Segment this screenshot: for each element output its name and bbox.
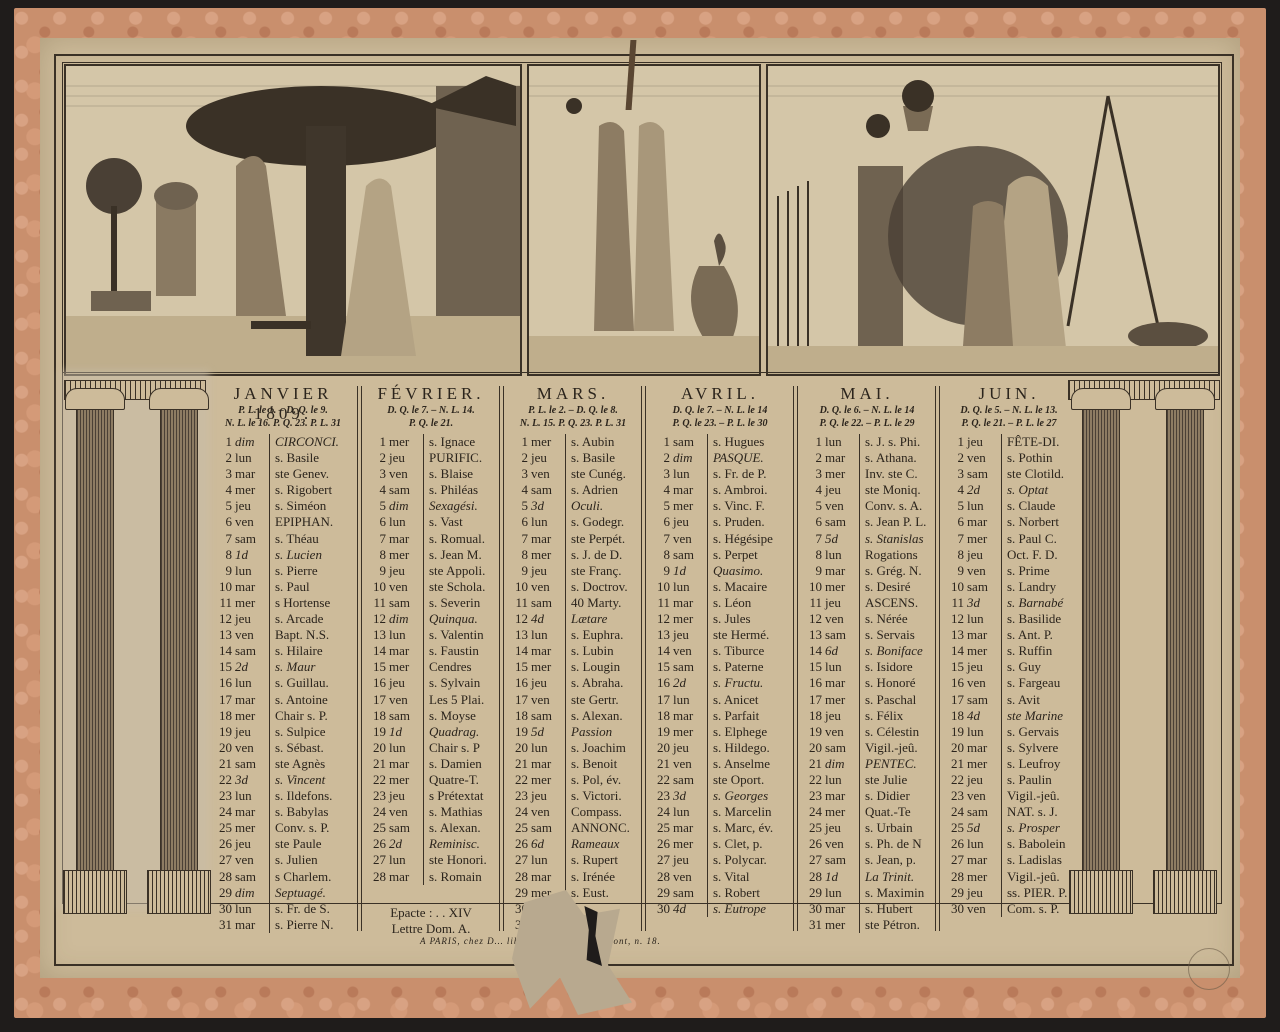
weekday: sam bbox=[825, 852, 859, 868]
day-number: 3 bbox=[504, 466, 531, 482]
day-number: 18 bbox=[362, 708, 389, 724]
saint-name: Septuagé. bbox=[269, 885, 326, 901]
day-row: 16jeus. Abraha. bbox=[504, 675, 642, 691]
weekday: sam bbox=[673, 659, 707, 675]
day-row: 233ds. Georges bbox=[646, 788, 794, 804]
saint-name: s. Pothin bbox=[1001, 450, 1053, 466]
saint-name: s. Ant. P. bbox=[1001, 627, 1053, 643]
weekday: lun bbox=[967, 498, 1001, 514]
day-number: 26 bbox=[208, 836, 235, 852]
saint-name: ste Clotild. bbox=[1001, 466, 1064, 482]
day-row: 12jeus. Arcade bbox=[208, 611, 358, 627]
month-name: JANVIER 1809. bbox=[208, 384, 358, 404]
day-number: 27 bbox=[940, 852, 967, 868]
day-number: 28 bbox=[798, 869, 825, 885]
weekday: jeu bbox=[673, 740, 707, 756]
saint-name: s. Romual. bbox=[423, 531, 485, 547]
day-number: 9 bbox=[504, 563, 531, 579]
weekday: mer bbox=[389, 547, 423, 563]
weekday: sam bbox=[825, 627, 859, 643]
day-row: 10mers. Desiré bbox=[798, 579, 936, 595]
day-row: 42ds. Optat bbox=[940, 482, 1078, 498]
day-number: 25 bbox=[362, 820, 389, 836]
saint-name: PENTEC. bbox=[859, 756, 917, 772]
saint-name: s. Vast bbox=[423, 514, 463, 530]
weekday: ven bbox=[825, 836, 859, 852]
day-row: 30venCom. s. P. bbox=[940, 901, 1078, 917]
moon-phase-line: N. L. 15. P. Q. 23. P. L. 31 bbox=[504, 417, 642, 430]
day-number: 24 bbox=[208, 804, 235, 820]
day-row: 1sams. Hugues bbox=[646, 434, 794, 450]
day-row: 4mers. Rigobert bbox=[208, 482, 358, 498]
weekday: sam bbox=[673, 434, 707, 450]
saint-name: s. Ambroi. bbox=[707, 482, 768, 498]
weekday: lun bbox=[967, 611, 1001, 627]
day-row: 24venCompass. bbox=[504, 804, 642, 820]
weekday: jeu bbox=[967, 659, 1001, 675]
day-number: 9 bbox=[362, 563, 389, 579]
weekday: sam bbox=[531, 595, 565, 611]
saint-name: s. Ph. de N bbox=[859, 836, 922, 852]
saint-name: Cendres bbox=[423, 659, 472, 675]
weekday: mar bbox=[389, 869, 423, 885]
weekday: ven bbox=[531, 579, 565, 595]
day-row: 9mars. Grég. N. bbox=[798, 563, 936, 579]
day-row: 9jeuste Appoli. bbox=[362, 563, 500, 579]
saint-name: s. Maximin bbox=[859, 885, 924, 901]
saint-name: Rogations bbox=[859, 547, 918, 563]
day-row: 266dRameaux bbox=[504, 836, 642, 852]
saint-name: ste Genev. bbox=[269, 466, 329, 482]
saint-name: s. Ladislas bbox=[1001, 852, 1062, 868]
day-row: 18jeus. Félix bbox=[798, 708, 936, 724]
day-number: 29 bbox=[798, 885, 825, 901]
saint-name: s. Elphege bbox=[707, 724, 767, 740]
day-row: 20jeus. Hildego. bbox=[646, 740, 794, 756]
saint-name: ste Paule bbox=[269, 836, 322, 852]
day-number: 21 bbox=[940, 756, 967, 772]
weekday: sam bbox=[235, 643, 269, 659]
month-name: MARS. bbox=[504, 384, 642, 404]
day-row: 21vens. Anselme bbox=[646, 756, 794, 772]
weekday: dim bbox=[673, 450, 707, 466]
day-number: 26 bbox=[798, 836, 825, 852]
day-row: 15merCendres bbox=[362, 659, 500, 675]
day-number: 15 bbox=[940, 659, 967, 675]
saint-name: s. Clet, p. bbox=[707, 836, 762, 852]
day-number: 28 bbox=[940, 869, 967, 885]
moon-phase-line: N. L. le 16. P. Q. 23. P. L. 31 bbox=[208, 417, 358, 430]
weekday: ven bbox=[967, 675, 1001, 691]
day-number: 15 bbox=[504, 659, 531, 675]
weekday: mar bbox=[825, 450, 859, 466]
day-number: 30 bbox=[940, 901, 967, 917]
illustration-dancing-figures bbox=[527, 64, 761, 376]
weekday: sam bbox=[825, 514, 859, 530]
weekday: 1d bbox=[235, 547, 269, 563]
day-number: 2 bbox=[646, 450, 673, 466]
weekday: dim bbox=[235, 885, 269, 901]
day-row: 27sams. Jean, p. bbox=[798, 852, 936, 868]
weekday: dim bbox=[389, 611, 423, 627]
day-number: 20 bbox=[208, 740, 235, 756]
saint-name: s. Guillau. bbox=[269, 675, 329, 691]
day-row: 26jeuste Paule bbox=[208, 836, 358, 852]
saint-name: s. Pruden. bbox=[707, 514, 765, 530]
day-row: 15jeus. Guy bbox=[940, 659, 1078, 675]
day-number: 22 bbox=[208, 772, 235, 788]
day-row: 262dReminisc. bbox=[362, 836, 500, 852]
saint-name: s Charlem. bbox=[269, 869, 331, 885]
moon-phase-line: P. Q. le 23. – P. L. le 30 bbox=[646, 417, 794, 430]
saint-name: s. Pierre bbox=[269, 563, 318, 579]
day-row: 14vens. Tiburce bbox=[646, 643, 794, 659]
weekday: mer bbox=[825, 466, 859, 482]
moon-phase-line: P. Q. le 22. – P. L. le 29 bbox=[798, 417, 936, 430]
weekday: ven bbox=[531, 804, 565, 820]
day-number: 14 bbox=[208, 643, 235, 659]
day-row: 28sams Charlem. bbox=[208, 869, 358, 885]
moon-phase-line: D. Q. le 5. – N. L. le 13. bbox=[940, 404, 1078, 417]
saint-name: EPIPHAN. bbox=[269, 514, 333, 530]
weekday: lun bbox=[825, 659, 859, 675]
day-number: 5 bbox=[362, 498, 389, 514]
day-row: 10mars. Paul bbox=[208, 579, 358, 595]
day-number: 8 bbox=[362, 547, 389, 563]
day-number: 11 bbox=[940, 595, 967, 611]
day-row: 9jeuste Franç. bbox=[504, 563, 642, 579]
weekday: 6d bbox=[531, 836, 565, 852]
day-number: 9 bbox=[940, 563, 967, 579]
day-number: 3 bbox=[798, 466, 825, 482]
saint-name: s. Landry bbox=[1001, 579, 1056, 595]
day-number: 18 bbox=[208, 708, 235, 724]
day-row: 113ds. Barnabé bbox=[940, 595, 1078, 611]
day-row: 15luns. Isidore bbox=[798, 659, 936, 675]
saint-name: ste Agnès bbox=[269, 756, 325, 772]
saint-name: s. Hugues bbox=[707, 434, 764, 450]
saint-name: s. Doctrov. bbox=[565, 579, 628, 595]
lettre-dominicale: Lettre Dom. A. bbox=[362, 921, 500, 937]
weekday: 1d bbox=[389, 724, 423, 740]
day-row: 28merVigil.-jeû. bbox=[940, 869, 1078, 885]
weekday: sam bbox=[389, 820, 423, 836]
day-row: 13jeuste Hermé. bbox=[646, 627, 794, 643]
day-number: 10 bbox=[646, 579, 673, 595]
day-number: 23 bbox=[208, 788, 235, 804]
day-row: 18sams. Moyse bbox=[362, 708, 500, 724]
weekday: jeu bbox=[673, 852, 707, 868]
saint-name: s. Prosper bbox=[1001, 820, 1060, 836]
saint-name: s. Paterne bbox=[707, 659, 764, 675]
weekday: lun bbox=[673, 466, 707, 482]
saint-name: s. Servais bbox=[859, 627, 915, 643]
day-row: 21mars. Damien bbox=[362, 756, 500, 772]
day-number: 29 bbox=[646, 885, 673, 901]
weekday: lun bbox=[825, 772, 859, 788]
weekday: mar bbox=[825, 563, 859, 579]
day-row: 5venConv. s. A. bbox=[798, 498, 936, 514]
saint-name: s. Félix bbox=[859, 708, 903, 724]
day-number: 11 bbox=[504, 595, 531, 611]
day-list: 1mers. Aubin2jeus. Basile3venste Cunég.4… bbox=[504, 434, 642, 933]
day-row: 16mars. Honoré bbox=[798, 675, 936, 691]
day-number: 22 bbox=[362, 772, 389, 788]
weekday: dim bbox=[825, 756, 859, 772]
saint-name: s. Rigobert bbox=[269, 482, 332, 498]
weekday: sam bbox=[235, 531, 269, 547]
saint-name: Chair s. P bbox=[423, 740, 480, 756]
day-row: 4sams. Adrien bbox=[504, 482, 642, 498]
saint-name: s. Prime bbox=[1001, 563, 1050, 579]
saint-name: s. Célestin bbox=[859, 724, 919, 740]
day-number: 12 bbox=[940, 611, 967, 627]
day-number: 22 bbox=[940, 772, 967, 788]
day-number: 19 bbox=[208, 724, 235, 740]
day-row: 20samVigil.-jeû. bbox=[798, 740, 936, 756]
saint-name: s. Sylvere bbox=[1001, 740, 1058, 756]
saint-name: s. Lucien bbox=[269, 547, 322, 563]
weekday: ven bbox=[389, 579, 423, 595]
saint-name: s. Norbert bbox=[1001, 514, 1059, 530]
day-number: 29 bbox=[940, 885, 967, 901]
day-number: 1 bbox=[646, 434, 673, 450]
day-row: 10sams. Landry bbox=[940, 579, 1078, 595]
saint-name: s. Vincent bbox=[269, 772, 325, 788]
weekday: 2d bbox=[673, 675, 707, 691]
saint-name: s. Pierre N. bbox=[269, 917, 334, 933]
day-number: 10 bbox=[208, 579, 235, 595]
day-row: 25mars. Marc, év. bbox=[646, 820, 794, 836]
day-number: 13 bbox=[940, 627, 967, 643]
saint-name: Lætare bbox=[565, 611, 607, 627]
saint-name: s. Parfait bbox=[707, 708, 759, 724]
day-number: 9 bbox=[208, 563, 235, 579]
weekday: mar bbox=[967, 514, 1001, 530]
day-row: 5mers. Vinc. F. bbox=[646, 498, 794, 514]
saint-name: s. Hégésipe bbox=[707, 531, 773, 547]
weekday: lun bbox=[389, 627, 423, 643]
saint-name: Quat.-Te bbox=[859, 804, 911, 820]
day-number: 17 bbox=[362, 692, 389, 708]
day-number: 15 bbox=[362, 659, 389, 675]
day-row: 23mars. Didier bbox=[798, 788, 936, 804]
day-row: 26mers. Clet, p. bbox=[646, 836, 794, 852]
saint-name: s. Abraha. bbox=[565, 675, 623, 691]
day-row: 4jeuste Moniq. bbox=[798, 482, 936, 498]
saint-name: La Trinit. bbox=[859, 869, 914, 885]
day-number: 13 bbox=[208, 627, 235, 643]
day-row: 2jeus. Basile bbox=[504, 450, 642, 466]
day-number: 17 bbox=[504, 692, 531, 708]
weekday: mer bbox=[825, 804, 859, 820]
day-row: 124dLætare bbox=[504, 611, 642, 627]
weekday: mer bbox=[673, 498, 707, 514]
weekday: sam bbox=[967, 466, 1001, 482]
weekday: sam bbox=[673, 885, 707, 901]
saint-name: s. Tiburce bbox=[707, 643, 764, 659]
weekday: jeu bbox=[389, 788, 423, 804]
saint-name: ste Marine bbox=[1001, 708, 1063, 724]
saint-name: s. Grég. N. bbox=[859, 563, 922, 579]
day-number: 20 bbox=[940, 740, 967, 756]
weekday: mar bbox=[531, 756, 565, 772]
saint-name: s. Anicet bbox=[707, 692, 759, 708]
saint-name: s. Lubin bbox=[565, 643, 614, 659]
day-row: 3luns. Fr. de P. bbox=[646, 466, 794, 482]
saint-name: Vigil.-jeû. bbox=[859, 740, 918, 756]
illustration-couple-garden bbox=[766, 64, 1220, 376]
month-column-2: FÉVRIER.D. Q. le 7. – N. L. 14.P. Q. le … bbox=[362, 384, 500, 939]
day-row: 23venVigil.-jeû. bbox=[940, 788, 1078, 804]
right-column-2 bbox=[1166, 410, 1204, 870]
day-number: 14 bbox=[504, 643, 531, 659]
month-name: FÉVRIER. bbox=[362, 384, 500, 404]
day-number: 7 bbox=[504, 531, 531, 547]
day-row: 24luns. Marcelin bbox=[646, 804, 794, 820]
day-number: 30 bbox=[646, 901, 673, 917]
weekday: jeu bbox=[825, 820, 859, 836]
saint-name: Les 5 Plai. bbox=[423, 692, 484, 708]
weekday: mar bbox=[389, 531, 423, 547]
day-row: 13luns. Euphra. bbox=[504, 627, 642, 643]
day-number: 22 bbox=[646, 772, 673, 788]
saint-name: ste Julie bbox=[859, 772, 907, 788]
day-row: 6sams. Jean P. L. bbox=[798, 514, 936, 530]
day-row: 14sams. Hilaire bbox=[208, 643, 358, 659]
saint-name: s. Ildefons. bbox=[269, 788, 332, 804]
day-row: 27lunste Honori. bbox=[362, 852, 500, 868]
weekday: jeu bbox=[531, 450, 565, 466]
day-number: 8 bbox=[940, 547, 967, 563]
day-number: 16 bbox=[798, 675, 825, 691]
weekday: 1d bbox=[673, 563, 707, 579]
day-row: 18merChair s. P. bbox=[208, 708, 358, 724]
saint-name: s. Babolein bbox=[1001, 836, 1066, 852]
weekday: mer bbox=[673, 611, 707, 627]
weekday: mar bbox=[825, 675, 859, 691]
day-row: 3samste Clotild. bbox=[940, 466, 1078, 482]
epacte: Epacte : . . XIV bbox=[362, 905, 500, 921]
weekday: mar bbox=[967, 852, 1001, 868]
saint-name: Compass. bbox=[565, 804, 622, 820]
saint-name: FÊTE-DI. bbox=[1001, 434, 1059, 450]
saint-name: s. Julien bbox=[269, 852, 318, 868]
day-number: 24 bbox=[798, 804, 825, 820]
weekday: ven bbox=[673, 869, 707, 885]
day-number: 29 bbox=[504, 885, 531, 901]
day-row: 23jeus Prétextat bbox=[362, 788, 500, 804]
saint-name: s. Alexan. bbox=[565, 708, 623, 724]
day-row: 18mars. Parfait bbox=[646, 708, 794, 724]
saint-name: s. Anselme bbox=[707, 756, 770, 772]
day-number: 7 bbox=[798, 531, 825, 547]
day-row: 3marste Genev. bbox=[208, 466, 358, 482]
saint-name: s. Marc, év. bbox=[707, 820, 773, 836]
month-column-4: AVRIL.D. Q. le 7. – N. L. le 14P. Q. le … bbox=[646, 384, 794, 939]
day-list: 1jeuFÊTE-DI.2vens. Pothin3samste Clotild… bbox=[940, 434, 1078, 917]
day-number: 6 bbox=[208, 514, 235, 530]
saint-name: s. Urbain bbox=[859, 820, 913, 836]
saint-name: s. Fructu. bbox=[707, 675, 763, 691]
saint-name: s. Antoine bbox=[269, 692, 328, 708]
weekday: jeu bbox=[531, 675, 565, 691]
weekday: jeu bbox=[673, 514, 707, 530]
day-number: 18 bbox=[940, 708, 967, 724]
weekday: mar bbox=[531, 531, 565, 547]
day-number: 19 bbox=[940, 724, 967, 740]
day-row: 16luns. Guillau. bbox=[208, 675, 358, 691]
weekday: mar bbox=[825, 788, 859, 804]
day-number: 3 bbox=[940, 466, 967, 482]
saint-name: s. Blaise bbox=[423, 466, 473, 482]
day-row: 7mers. Paul C. bbox=[940, 531, 1078, 547]
day-row: 11sams. Severin bbox=[362, 595, 500, 611]
day-number: 13 bbox=[362, 627, 389, 643]
weekday: mer bbox=[673, 836, 707, 852]
weekday: jeu bbox=[235, 498, 269, 514]
saint-name: s. Vinc. F. bbox=[707, 498, 765, 514]
day-number: 5 bbox=[646, 498, 673, 514]
day-number: 16 bbox=[504, 675, 531, 691]
saint-name: s. Mathias bbox=[423, 804, 482, 820]
weekday: 6d bbox=[825, 643, 859, 659]
day-number: 31 bbox=[208, 917, 235, 933]
day-number: 7 bbox=[940, 531, 967, 547]
day-list: 1mers. Ignace2jeuPURIFIC.3vens. Blaise4s… bbox=[362, 434, 500, 885]
day-row: 27vens. Julien bbox=[208, 852, 358, 868]
weekday: mer bbox=[389, 434, 423, 450]
month-column-5: MAI.D. Q. le 6. – N. L. le 14P. Q. le 22… bbox=[798, 384, 936, 939]
weekday: mer bbox=[531, 772, 565, 788]
weekday: jeu bbox=[825, 482, 859, 498]
moon-phase-line: P. Q. le 21. bbox=[362, 417, 500, 430]
day-row: 17mers. Paschal bbox=[798, 692, 936, 708]
weekday: sam bbox=[967, 692, 1001, 708]
day-row: 13mars. Ant. P. bbox=[940, 627, 1078, 643]
saint-name: Vigil.-jeû. bbox=[1001, 788, 1060, 804]
day-number: 11 bbox=[798, 595, 825, 611]
day-row: 255ds. Prosper bbox=[940, 820, 1078, 836]
day-row: 4mars. Ambroi. bbox=[646, 482, 794, 498]
day-number: 1 bbox=[504, 434, 531, 450]
weekday: jeu bbox=[389, 563, 423, 579]
day-row: 28mars. Irénée bbox=[504, 869, 642, 885]
saint-name: s. Sylvain bbox=[423, 675, 480, 691]
saint-name: s Hortense bbox=[269, 595, 330, 611]
day-number: 27 bbox=[504, 852, 531, 868]
saint-name: ste Moniq. bbox=[859, 482, 921, 498]
day-number: 5 bbox=[940, 498, 967, 514]
day-number: 20 bbox=[362, 740, 389, 756]
weekday: lun bbox=[235, 563, 269, 579]
day-number: 15 bbox=[208, 659, 235, 675]
weekday: ven bbox=[673, 756, 707, 772]
saint-name: s. Perpet bbox=[707, 547, 758, 563]
day-number: 6 bbox=[504, 514, 531, 530]
weekday: mar bbox=[825, 901, 859, 917]
day-number: 7 bbox=[646, 531, 673, 547]
day-number: 30 bbox=[208, 901, 235, 917]
day-row: 16jeus. Sylvain bbox=[362, 675, 500, 691]
day-number: 21 bbox=[798, 756, 825, 772]
weekday: lun bbox=[673, 579, 707, 595]
day-row: 191dQuadrag. bbox=[362, 724, 500, 740]
saint-name: s. Damien bbox=[423, 756, 482, 772]
day-row: 13venBapt. N.S. bbox=[208, 627, 358, 643]
day-row: 25sams. Alexan. bbox=[362, 820, 500, 836]
day-number: 11 bbox=[646, 595, 673, 611]
